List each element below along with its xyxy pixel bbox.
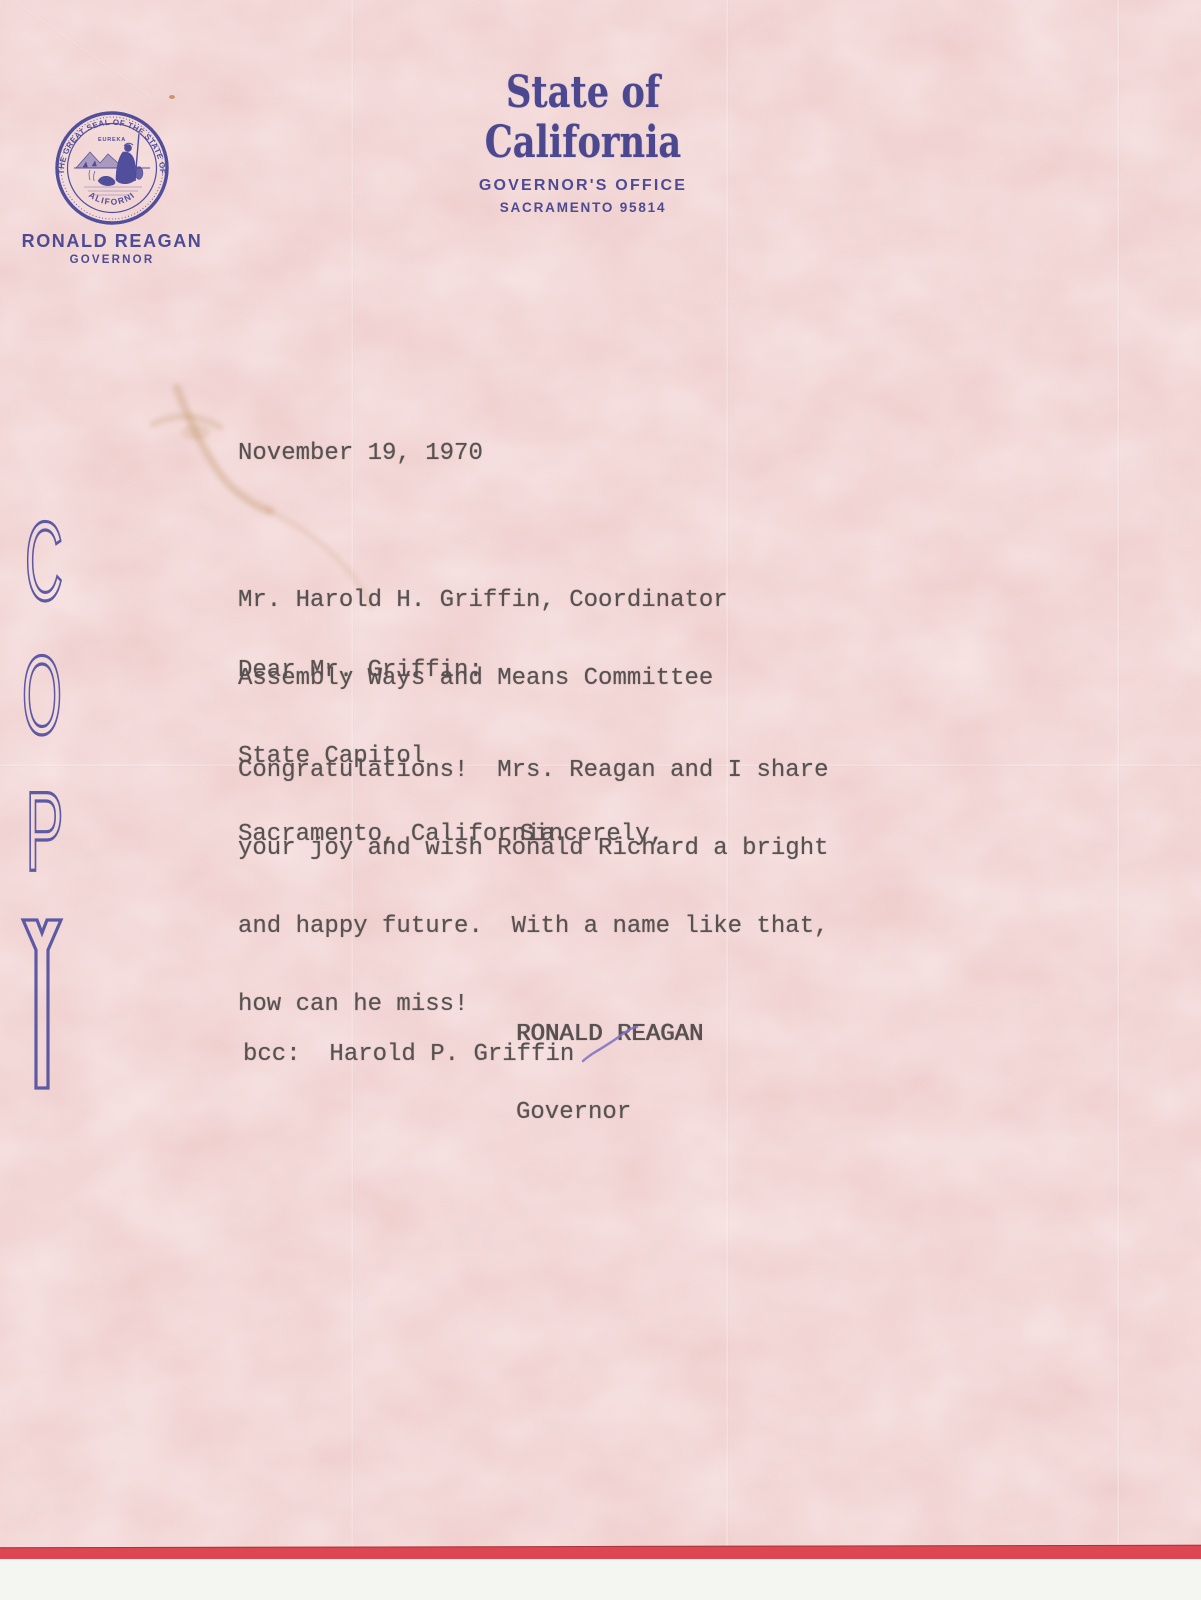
- seal-scene: EUREKA: [74, 133, 150, 195]
- copy-letter-p: P: [26, 769, 64, 894]
- signature-title: Governor: [516, 1100, 703, 1126]
- california-state-seal: THE GREAT SEAL OF THE STATE OF CALIFORNI…: [50, 106, 174, 230]
- recipient-line: Mr. Harold H. Griffin, Coordinator: [238, 588, 728, 614]
- bcc-line: bcc: Harold P. Griffin: [243, 1042, 574, 1068]
- copy-letter-c: C: [25, 500, 63, 624]
- body-line: Congratulations! Mrs. Reagan and I share: [238, 758, 829, 784]
- letterhead: State of California GOVERNOR'S OFFICE SA…: [383, 68, 783, 215]
- letterhead-governor-name: RONALD REAGAN: [18, 231, 206, 252]
- letterhead-office-line: GOVERNOR'S OFFICE: [383, 177, 783, 195]
- pen-checkmark-icon: [575, 1022, 645, 1067]
- scanner-bed: [0, 1559, 1201, 1600]
- copy-letter-o: O: [22, 633, 62, 758]
- letterhead-state-title: State of California: [423, 68, 743, 168]
- letterhead-city-zip: SACRAMENTO 95814: [383, 200, 783, 215]
- ink-speck: [169, 95, 175, 99]
- scanned-letter: THE GREAT SEAL OF THE STATE OF CALIFORNI…: [0, 0, 1201, 1600]
- fold-crease-vertical-right: [1117, 0, 1120, 1548]
- signature-block: RONALD REAGAN Governor: [516, 970, 703, 1178]
- closing: Sincerely,: [520, 822, 664, 848]
- copy-letter-y: [23, 920, 61, 1088]
- salutation: Dear Mr. Griffin:: [238, 658, 483, 684]
- letterhead-governor-title: GOVERNOR: [18, 254, 206, 266]
- paper-sheet: THE GREAT SEAL OF THE STATE OF CALIFORNI…: [0, 0, 1201, 1548]
- corner-crease: [0, 0, 152, 99]
- seal-motto: EUREKA: [98, 137, 126, 143]
- body-line: and happy future. With a name like that,: [238, 914, 829, 940]
- letter-date: November 19, 1970: [238, 441, 483, 467]
- copy-stamp: C O P: [0, 500, 90, 1100]
